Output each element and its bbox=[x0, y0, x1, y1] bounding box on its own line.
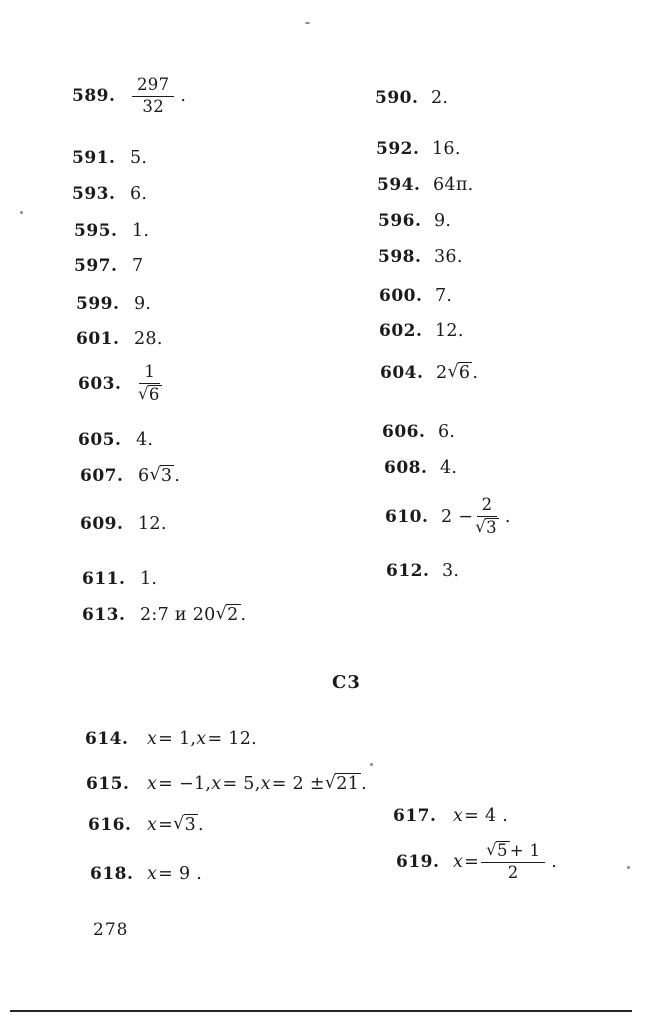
item-number: 590. bbox=[375, 88, 431, 108]
sqrt-expression: √5 bbox=[486, 841, 510, 861]
item-number: 591. bbox=[72, 148, 130, 168]
answer-item: 610. 2 − 2 √3 . bbox=[385, 492, 511, 542]
item-answer: 1 √6 bbox=[136, 363, 164, 405]
scan-speck bbox=[20, 211, 23, 214]
answer-item: 613. 2:7 и 20√2 . bbox=[82, 604, 246, 625]
item-number: 605. bbox=[78, 430, 136, 450]
item-number: 611. bbox=[82, 569, 140, 589]
item-number: 612. bbox=[386, 561, 442, 581]
item-answer: 16. bbox=[432, 139, 461, 159]
answer-item: 616. x = √3 . bbox=[88, 814, 204, 835]
fraction: 297 32 bbox=[132, 76, 174, 117]
sqrt-expression: √3 bbox=[173, 814, 198, 835]
answer-item: 601. 28. bbox=[76, 329, 163, 349]
item-number: 608. bbox=[384, 458, 440, 478]
page-number: 278 bbox=[93, 920, 128, 940]
item-answer: 12. bbox=[138, 514, 167, 534]
sqrt-expression: √3 bbox=[475, 518, 499, 538]
sqrt-expression: √2 bbox=[216, 604, 241, 625]
answer-item: 596. 9. bbox=[378, 211, 451, 231]
item-answer: x = 9 . bbox=[147, 864, 202, 884]
item-answer: 4. bbox=[136, 430, 153, 450]
answer-item: 595. 1. bbox=[74, 221, 149, 241]
answer-item: 611. 1. bbox=[82, 569, 157, 589]
item-number: 592. bbox=[376, 139, 432, 159]
item-number: 607. bbox=[80, 466, 138, 486]
item-number: 601. bbox=[76, 329, 134, 349]
item-answer: 7. bbox=[435, 286, 452, 306]
item-number: 596. bbox=[378, 211, 434, 231]
answer-item: 612. 3. bbox=[386, 561, 459, 581]
item-answer: 12. bbox=[435, 321, 464, 341]
answer-item: 619. x = √5 + 1 2 . bbox=[396, 836, 557, 888]
item-number: 606. bbox=[382, 422, 438, 442]
item-number: 617. bbox=[393, 806, 453, 826]
answer-item: 593. 6. bbox=[72, 184, 147, 204]
item-answer: 28. bbox=[134, 329, 163, 349]
item-number: 618. bbox=[90, 864, 147, 884]
item-answer: 2√6 . bbox=[436, 362, 478, 383]
answer-item: 605. 4. bbox=[78, 430, 153, 450]
item-number: 609. bbox=[80, 514, 138, 534]
item-number: 616. bbox=[88, 815, 147, 835]
answer-item: 592. 16. bbox=[376, 139, 461, 159]
item-answer: 64π. bbox=[433, 175, 474, 195]
answer-item: 617. x = 4 . bbox=[393, 806, 508, 826]
scan-speck bbox=[627, 866, 630, 869]
item-number: 619. bbox=[396, 852, 453, 872]
item-number: 599. bbox=[76, 294, 134, 314]
item-answer: 2:7 и 20√2 . bbox=[140, 604, 246, 625]
answer-item: 614. x = 1, x = 12. bbox=[85, 729, 257, 749]
item-answer: x = 1, x = 12. bbox=[147, 729, 257, 749]
fraction: √5 + 1 2 bbox=[481, 841, 545, 883]
sqrt-expression: √3 bbox=[149, 465, 174, 486]
item-answer: x = 4 . bbox=[453, 806, 508, 826]
item-answer: x = √3 . bbox=[147, 814, 204, 835]
item-answer: 9. bbox=[434, 211, 451, 231]
sqrt-expression: √6 bbox=[138, 385, 162, 405]
answer-item: 615. x = −1, x = 5, x = 2 ± √21. bbox=[86, 773, 367, 794]
item-answer: 6. bbox=[438, 422, 455, 442]
scan-speck bbox=[370, 763, 373, 766]
item-answer: 6√3 . bbox=[138, 465, 180, 486]
item-answer: 1. bbox=[132, 221, 149, 241]
item-answer: 4. bbox=[440, 458, 457, 478]
item-answer: 7 bbox=[132, 256, 143, 276]
item-answer: 2. bbox=[431, 88, 448, 108]
answer-item: 603. 1 √6 bbox=[78, 360, 164, 408]
item-number: 600. bbox=[379, 286, 435, 306]
item-number: 598. bbox=[378, 247, 434, 267]
answer-item: 618. x = 9 . bbox=[90, 864, 202, 884]
answer-item: 590. 2. bbox=[375, 88, 448, 108]
sqrt-expression: √6 bbox=[447, 362, 472, 383]
scan-speck bbox=[305, 22, 310, 24]
item-number: 614. bbox=[85, 729, 147, 749]
item-answer: 1. bbox=[140, 569, 157, 589]
item-answer: 36. bbox=[434, 247, 463, 267]
sqrt-expression: √21 bbox=[325, 773, 361, 794]
item-number: 610. bbox=[385, 507, 441, 527]
answer-item: 609. 12. bbox=[80, 514, 167, 534]
item-number: 593. bbox=[72, 184, 130, 204]
item-answer: x = −1, x = 5, x = 2 ± √21. bbox=[147, 773, 367, 794]
answer-item: 599. 9. bbox=[76, 294, 151, 314]
answer-item: 607. 6√3 . bbox=[80, 465, 180, 486]
answer-item: 591. 5. bbox=[72, 148, 147, 168]
item-number: 589. bbox=[72, 86, 130, 106]
answer-item: 608. 4. bbox=[384, 458, 457, 478]
item-number: 615. bbox=[86, 774, 147, 794]
item-number: 602. bbox=[379, 321, 435, 341]
answer-item: 594. 64π. bbox=[377, 175, 474, 195]
scan-line bbox=[10, 1010, 632, 1012]
item-answer: x = √5 + 1 2 . bbox=[453, 841, 557, 883]
item-answer: 2 − 2 √3 . bbox=[441, 496, 511, 538]
answer-item: 606. 6. bbox=[382, 422, 455, 442]
item-number: 594. bbox=[377, 175, 433, 195]
answer-item: 589. 297 32 . bbox=[72, 66, 186, 126]
fraction: 2 √3 bbox=[475, 496, 499, 538]
answer-item: 597. 7 bbox=[74, 256, 143, 276]
answer-item: 600. 7. bbox=[379, 286, 452, 306]
answer-item: 602. 12. bbox=[379, 321, 464, 341]
item-answer: 297 32 . bbox=[130, 76, 186, 117]
item-answer: 5. bbox=[130, 148, 147, 168]
item-number: 613. bbox=[82, 605, 140, 625]
item-number: 595. bbox=[74, 221, 132, 241]
item-answer: 6. bbox=[130, 184, 147, 204]
item-answer: 9. bbox=[134, 294, 151, 314]
item-number: 604. bbox=[380, 363, 436, 383]
item-number: 603. bbox=[78, 374, 136, 394]
answer-item: 598. 36. bbox=[378, 247, 463, 267]
answer-item: 604. 2√6 . bbox=[380, 362, 478, 383]
item-answer: 3. bbox=[442, 561, 459, 581]
fraction: 1 √6 bbox=[138, 363, 162, 405]
item-number: 597. bbox=[74, 256, 132, 276]
section-header: С3 bbox=[332, 672, 361, 693]
